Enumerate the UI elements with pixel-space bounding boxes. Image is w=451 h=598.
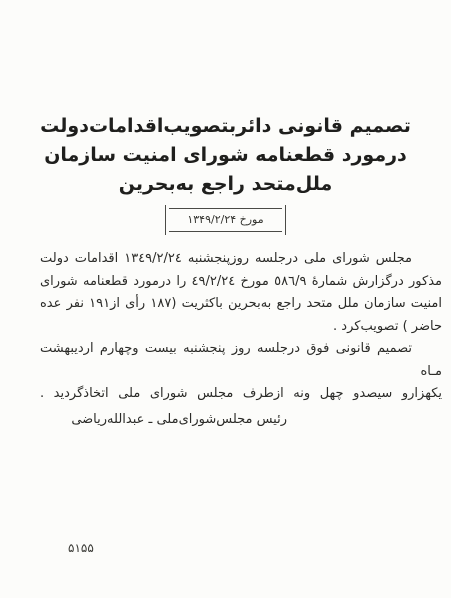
document-title: تصمیم قانونی دائربتصویب‌اقدامات‌دولت درم…	[0, 0, 451, 199]
date-stamp-box: مورخ ۱۳۴۹/۲/۲۴	[169, 208, 281, 232]
body-line: تصمیم قانونی فوق درجلسه روز پنجشنبه بیست…	[40, 338, 442, 383]
body-line: امنیت سازمان ملل متحد راجع به‌بحرین باکث…	[40, 293, 442, 316]
paragraph-2: تصمیم قانونی فوق درجلسه روز پنجشنبه بیست…	[40, 338, 442, 406]
date-stamp-text: مورخ ۱۳۴۹/۲/۲۴	[187, 213, 263, 226]
date-stamp-row: مورخ ۱۳۴۹/۲/۲۴	[0, 208, 451, 232]
signature-line: رئیس مجلس‌شورای‌ملی ـ عبدالله‌ریاضی	[40, 409, 442, 431]
body-line: مذکور درگزارش شمارهٔ ٥٨٦/٩ مورخ ٤٩/٢/٢٤ …	[40, 271, 442, 294]
body-line: مجلس شورای ملی درجلسه روزپنجشنبه ١٣٤٩/٢/…	[40, 248, 442, 271]
page-number: ۵۱۵۵	[68, 541, 94, 555]
paragraph-1: مجلس شورای ملی درجلسه روزپنجشنبه ١٣٤٩/٢/…	[40, 248, 442, 338]
date-box-left-rule	[165, 205, 166, 235]
title-line-2: درمورد قطعنامه شورای امنیت سازمان	[0, 141, 451, 170]
body-line: یکهزارو سیصدو چهل ونه ازطرف مجلس شورای م…	[40, 383, 442, 406]
document-body: مجلس شورای ملی درجلسه روزپنجشنبه ١٣٤٩/٢/…	[40, 248, 442, 406]
title-line-3: ملل‌متحد راجع به‌بحرین	[0, 170, 451, 199]
scanned-document-page: تصمیم قانونی دائربتصویب‌اقدامات‌دولت درم…	[0, 0, 451, 598]
body-line: حاضر ) تصویب‌کرد .	[40, 316, 442, 339]
title-line-1: تصمیم قانونی دائربتصویب‌اقدامات‌دولت	[0, 112, 451, 141]
date-box-right-rule	[285, 205, 286, 235]
